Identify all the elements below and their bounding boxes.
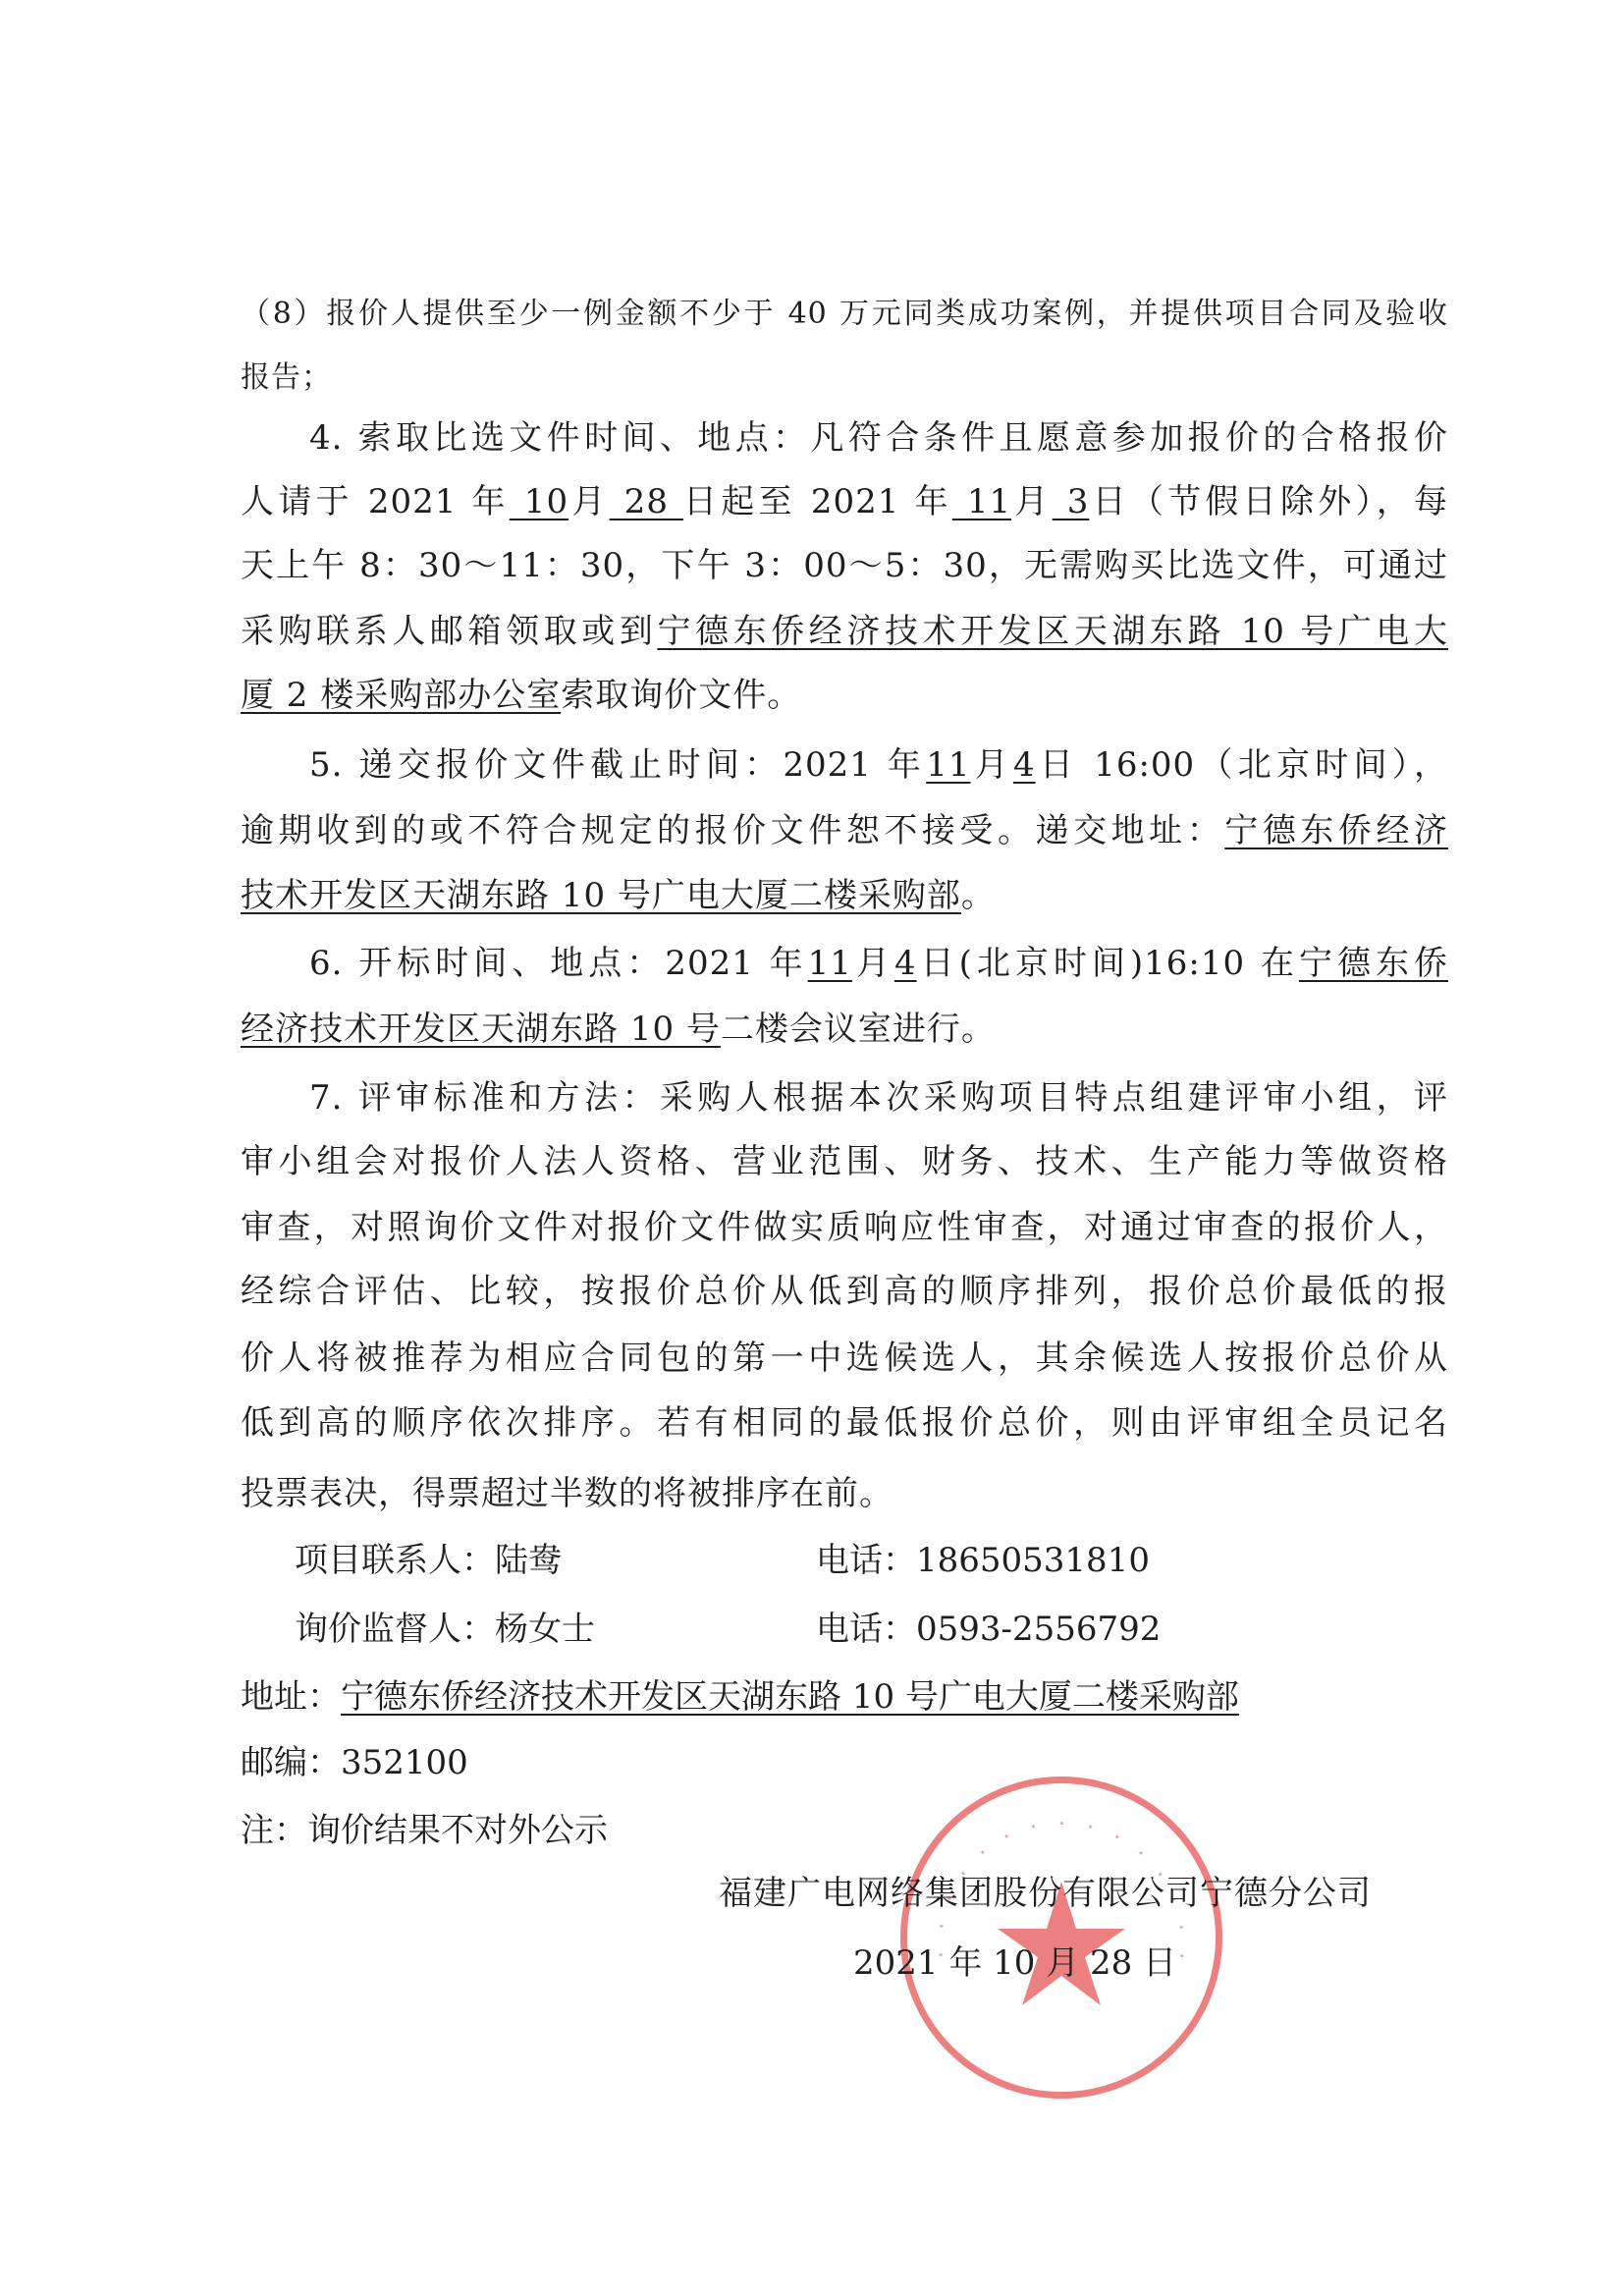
text: 日（节假日除外），每 bbox=[1089, 482, 1448, 521]
address-label: 地址： bbox=[241, 1677, 341, 1717]
item8-line1: （8）报价人提供至少一例金额不少于 40 万元同类成功案例，并提供项目合同及验收 bbox=[241, 292, 1448, 337]
month-underlined: 11 bbox=[808, 944, 852, 983]
month-underlined: 11 bbox=[952, 482, 1011, 521]
project-contact-phone: 电话：18650531810 bbox=[816, 1538, 1150, 1583]
star-icon: · · · · · · · · · · · · · · · bbox=[907, 1783, 1216, 2092]
section4-line1: 4. 索取比选文件时间、地点：凡符合条件且愿意参加报价的合格报价 bbox=[309, 415, 1448, 461]
section7-line4: 经综合评估、比较，按报价总价从低到高的顺序排列，报价总价最低的报 bbox=[241, 1269, 1448, 1314]
project-contact: 项目联系人：陆鸯 bbox=[295, 1538, 562, 1583]
month-underlined: 10 bbox=[510, 482, 568, 521]
address-line: 地址：宁德东侨经济技术开发区天湖东路 10 号广电大厦二楼采购部 bbox=[241, 1674, 1239, 1720]
section7-line1: 7. 评审标准和方法：采购人根据本次采购项目特点组建评审小组，评 bbox=[309, 1075, 1448, 1121]
address-underlined: 厦 2 楼采购部办公室 bbox=[241, 676, 561, 715]
section7-line3: 审查，对照询价文件对报价文件做实质响应性审查，对通过审查的报价人， bbox=[241, 1205, 1448, 1250]
address-underlined: 经济技术开发区天湖东路 10 号 bbox=[241, 1010, 721, 1049]
section5-line1: 5. 递交报价文件截止时间：2021 年11月4日 16:00（北京时间）， bbox=[309, 742, 1448, 788]
address-value: 宁德东侨经济技术开发区天湖东路 10 号广电大厦二楼采购部 bbox=[341, 1677, 1239, 1717]
signature-date: 2021 年 10 月 28 日 bbox=[853, 1941, 1176, 1986]
address-underlined: 宁德东侨 bbox=[1299, 944, 1448, 983]
text: 日(北京时间)16:10 在 bbox=[917, 944, 1299, 983]
text: 。 bbox=[961, 876, 996, 915]
section4-line4: 采购联系人邮箱领取或到宁德东侨经济技术开发区天湖东路 10 号广电大 bbox=[241, 609, 1448, 654]
document-page: （8）报价人提供至少一例金额不少于 40 万元同类成功案例，并提供项目合同及验收… bbox=[0, 0, 1623, 2296]
text: 月 bbox=[852, 944, 894, 983]
section6-line1: 6. 开标时间、地点：2021 年11月4日(北京时间)16:10 在宁德东侨 bbox=[309, 941, 1448, 986]
day-underlined: 4 bbox=[1013, 745, 1036, 785]
text: 人请于 2021 年 bbox=[241, 482, 510, 521]
day-underlined: 28 bbox=[610, 482, 683, 521]
month-underlined: 11 bbox=[926, 745, 970, 785]
text: 5. 递交报价文件截止时间：2021 年 bbox=[309, 745, 926, 785]
section7-line6: 低到高的顺序依次排序。若有相同的最低报价总价，则由评审组全员记名 bbox=[241, 1400, 1448, 1446]
section5-line3: 技术开发区天湖东路 10 号广电大厦二楼采购部。 bbox=[241, 873, 1448, 918]
text: 采购联系人邮箱领取或到 bbox=[241, 612, 657, 651]
text: 6. 开标时间、地点：2021 年 bbox=[309, 944, 808, 983]
day-underlined: 3 bbox=[1053, 482, 1090, 521]
address-underlined: 宁德东侨经济 bbox=[1224, 811, 1448, 850]
official-seal-stamp: · · · · · · · · · · · · · · · bbox=[900, 1777, 1222, 2099]
text: 索取询价文件。 bbox=[561, 676, 801, 715]
note: 注：询价结果不对外公示 bbox=[241, 1808, 608, 1853]
text: 二楼会议室进行。 bbox=[721, 1010, 996, 1049]
section7-line5: 价人将被推荐为相应合同包的第一中选候选人，其余候选人按报价总价从 bbox=[241, 1336, 1448, 1381]
supervisor-contact: 询价监督人：杨女士 bbox=[295, 1607, 595, 1652]
text: 逾期收到的或不符合规定的报价文件恕不接受。递交地址： bbox=[241, 811, 1224, 850]
text: 日起至 2021 年 bbox=[683, 482, 952, 521]
company-signature: 福建广电网络集团股份有限公司宁德分公司 bbox=[719, 1871, 1372, 1916]
section4-line3: 天上午 8：30～11：30，下午 3：00～5：30，无需购买比选文件，可通过 bbox=[241, 543, 1448, 588]
text: 月 bbox=[1011, 482, 1053, 521]
item8-line2: 报告； bbox=[241, 355, 1448, 401]
address-underlined: 技术开发区天湖东路 10 号广电大厦二楼采购部 bbox=[241, 876, 961, 915]
section4-line2: 人请于 2021 年 10月 28 日起至 2021 年 11月 3日（节假日除… bbox=[241, 479, 1448, 524]
supervisor-phone: 电话：0593-2556792 bbox=[816, 1607, 1161, 1652]
day-underlined: 4 bbox=[894, 944, 917, 983]
section6-line2: 经济技术开发区天湖东路 10 号二楼会议室进行。 bbox=[241, 1007, 1448, 1052]
text: 月 bbox=[568, 482, 610, 521]
section7-line2: 审小组会对报价人法人资格、营业范围、财务、技术、生产能力等做资格 bbox=[241, 1139, 1448, 1184]
address-underlined: 宁德东侨经济技术开发区天湖东路 10 号广电大 bbox=[657, 612, 1448, 651]
section4-line5: 厦 2 楼采购部办公室索取询价文件。 bbox=[241, 673, 1448, 718]
section5-line2: 逾期收到的或不符合规定的报价文件恕不接受。递交地址：宁德东侨经济 bbox=[241, 808, 1448, 853]
text: 日 16:00（北京时间）， bbox=[1036, 745, 1448, 785]
text: 月 bbox=[970, 745, 1013, 785]
section7-line7: 投票表决，得票超过半数的将被排序在前。 bbox=[241, 1471, 1448, 1516]
postcode: 邮编：352100 bbox=[241, 1740, 468, 1785]
